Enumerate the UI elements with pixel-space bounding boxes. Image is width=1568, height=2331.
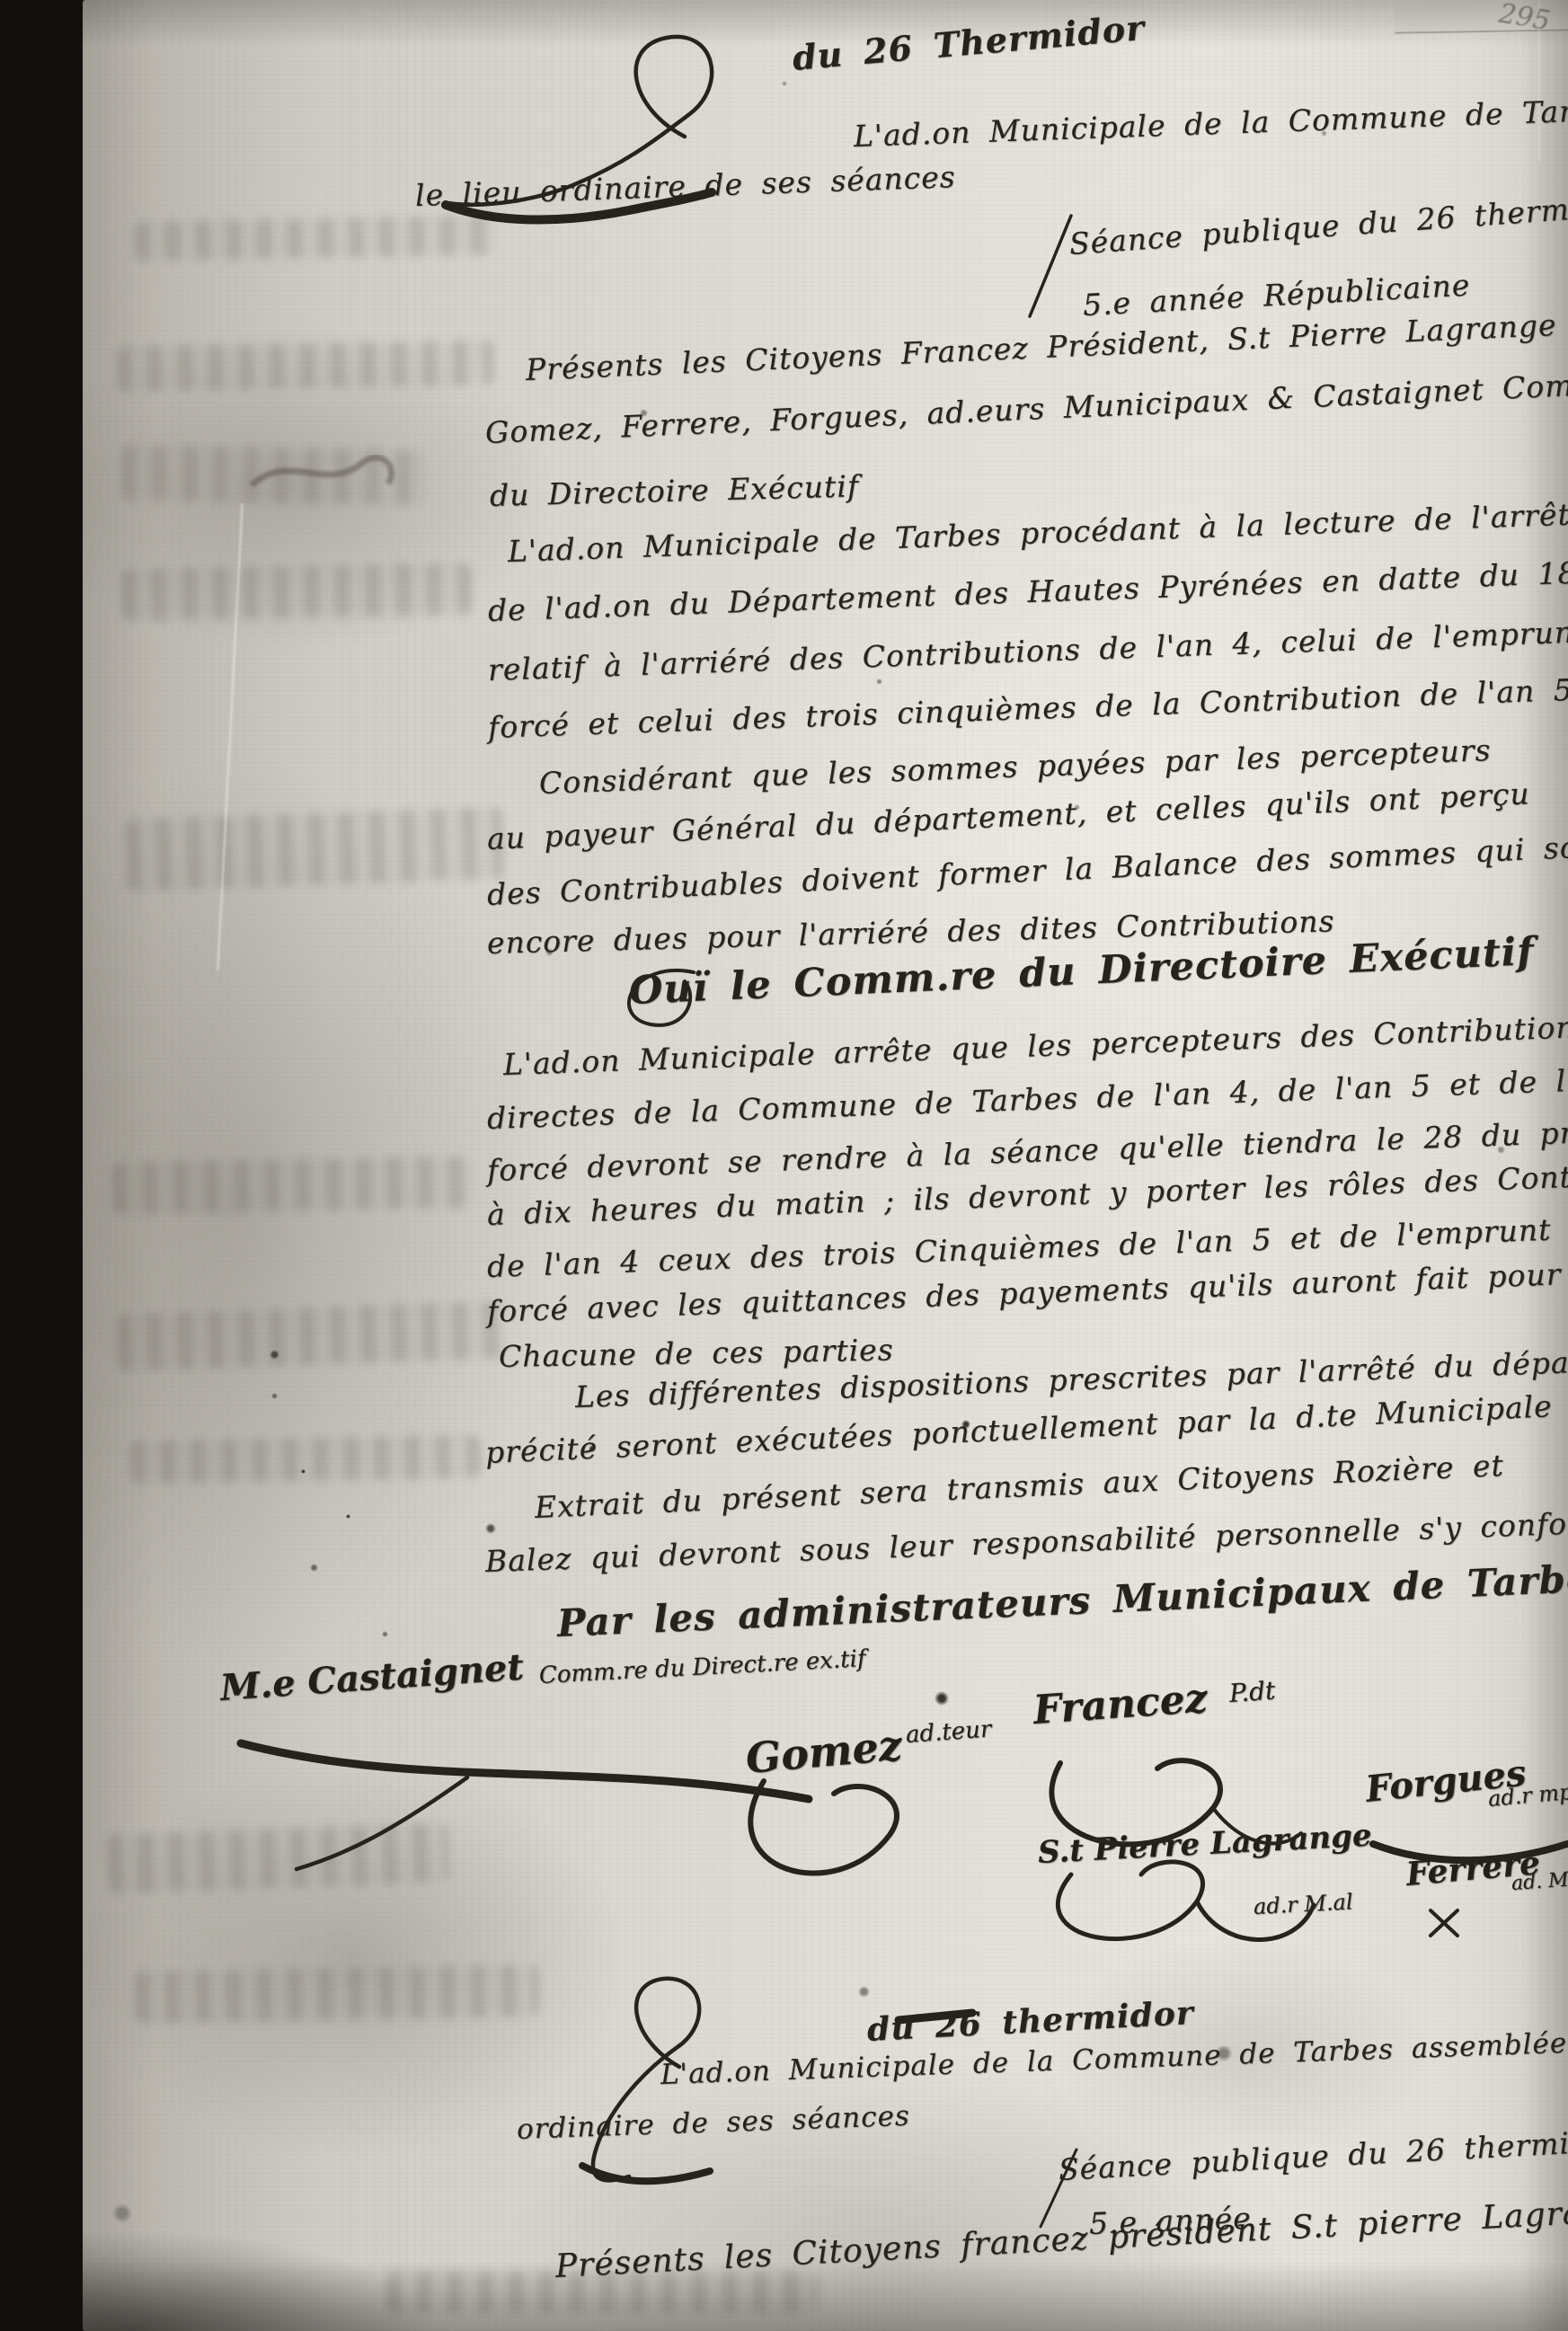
signature-title: P.dt (1228, 1675, 1276, 1707)
book-binding-edge (0, 0, 90, 2331)
ink-spot (382, 1631, 388, 1637)
entry1-arrete-line: Chacune de ces parties (499, 1332, 894, 1374)
ink-spot (270, 1350, 279, 1360)
ink-showthrough (112, 1157, 473, 1215)
ink-spot (485, 1523, 496, 1534)
ink-spot (876, 678, 882, 685)
ink-spot (782, 81, 787, 86)
ink-showthrough (107, 1822, 450, 1893)
ink-spot (310, 1564, 318, 1572)
stain (858, 1986, 870, 1998)
ink-showthrough (125, 807, 505, 892)
ink-showthrough (117, 340, 495, 391)
ink-spot (301, 1469, 306, 1474)
ink-showthrough (120, 445, 427, 506)
ink-spot (346, 1514, 350, 1519)
ink-showthrough (121, 563, 473, 622)
ink-showthrough (135, 216, 495, 261)
signature-title: ad.r M.al (1253, 1889, 1353, 1919)
stain (112, 2203, 132, 2223)
ink-spot (935, 1691, 949, 1706)
ink-showthrough (135, 1964, 540, 2024)
signature-title: ad. Mpl (1510, 1867, 1568, 1895)
manuscript-scan: 295 du 26 Thermidor L'ad.on Municipale d… (0, 0, 1568, 2331)
ink-showthrough (130, 1435, 482, 1485)
ink-spot (271, 1393, 278, 1399)
